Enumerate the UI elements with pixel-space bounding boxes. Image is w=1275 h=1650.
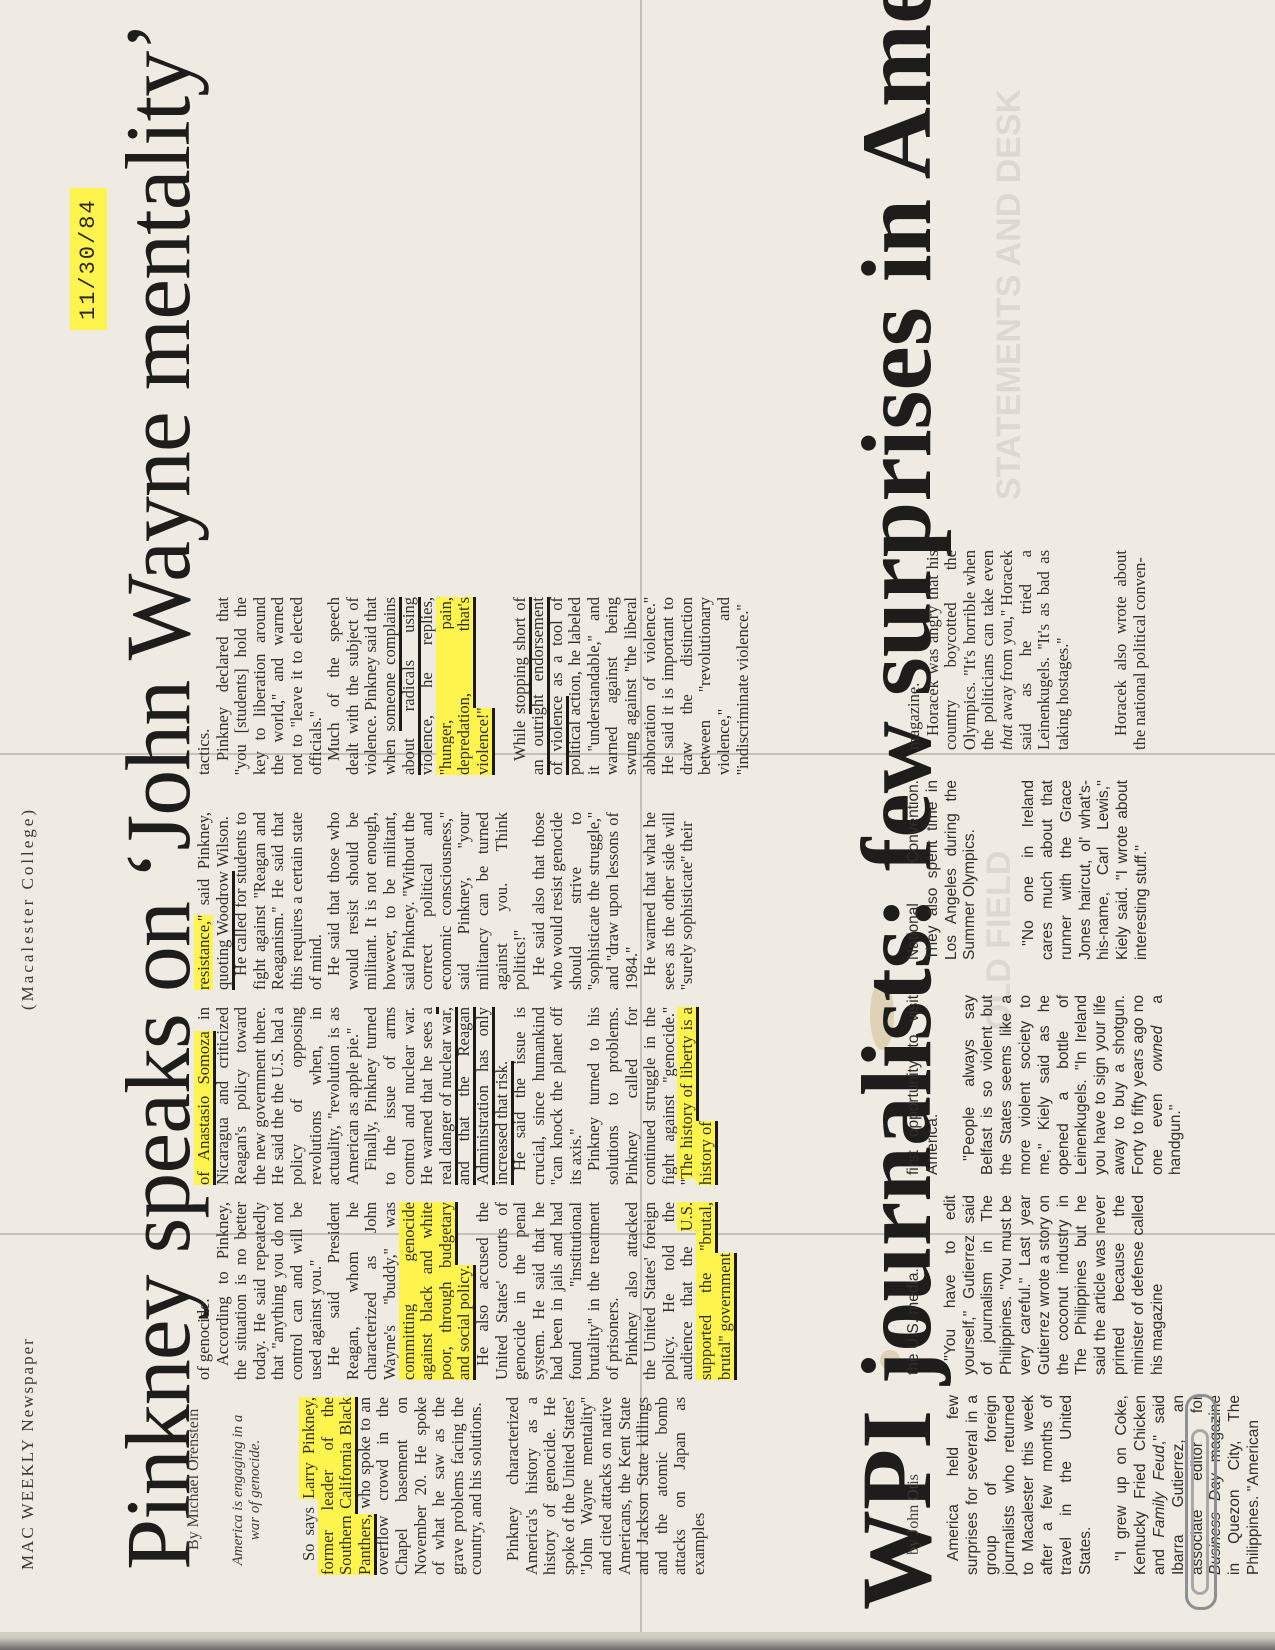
article1-column-4: resistance,'' said Pinkney, quoting Wood…	[195, 812, 697, 990]
article1-column-5: tactics. Pinkney declared that ''you [st…	[195, 597, 752, 775]
underlined-text: a real danger of nuclear war, and that t…	[417, 1007, 513, 1185]
paragraph: tactics.	[195, 597, 214, 775]
highlighted-text: ''hunger, pain, depredation, that's viol…	[436, 597, 495, 775]
paragraph: Finally, Pinkney turned to the issue of …	[362, 1007, 511, 1185]
newspaper-name: MAC WEEKLY Newspaper	[18, 1337, 37, 1570]
paragraph: Pinkney also attacked the United States'…	[623, 1202, 735, 1380]
paragraph: the U.S. media.	[905, 1195, 924, 1375]
bleed-through-text: STATEMENTS AND DESK	[990, 89, 1029, 500]
paragraph: ''People always say Belfast is so violen…	[961, 995, 1187, 1175]
paragraph: Pinkney turned to his solutions to probl…	[585, 1007, 715, 1185]
paragraph: first opportunity to visit America.	[905, 995, 943, 1175]
paragraph: America held few surprises for several i…	[945, 1395, 1095, 1575]
article1-column-2: of genocide. According to Pinkney, the s…	[195, 1202, 734, 1380]
paragraph: He called for students to fight against …	[232, 812, 325, 990]
paragraph: Pinkney characterized America's history …	[504, 1397, 709, 1575]
paragraph: Pinkney declared that ''you [students] h…	[214, 597, 326, 775]
highlighted-text: committing genocide against black and wh…	[399, 1202, 477, 1380]
paragraph: He said also that those who would resist…	[530, 812, 642, 990]
paragraph: He said that those who would resist shou…	[325, 812, 530, 990]
masthead: MAC WEEKLY Newspaper (Macalester College…	[18, 1329, 38, 1570]
article2-column-5: magazine. Horacek was angry that his cou…	[905, 550, 1150, 750]
article2-column-3: first opportunity to visit America. ''Pe…	[905, 995, 1186, 1175]
article1-headline: Pinkney speaks on ‘John Wayne mentality’	[112, 22, 204, 1570]
underlined-text: someone complains about radicals using v…	[380, 597, 439, 775]
paragraph: magazine.	[905, 550, 924, 750]
highlighted-text: resistance,''	[194, 915, 213, 990]
paperclip-inner-loop	[1191, 1429, 1209, 1595]
article2-column-2: the U.S. media. ''You have to edit yours…	[905, 1195, 1167, 1375]
scan-edge-bottom	[0, 1632, 1275, 1650]
underlined-text: stopping short of an outright endorsemen…	[510, 597, 569, 775]
paragraph: While stopping short of an outright endo…	[511, 597, 753, 775]
paragraph: He said President Reagan, whom he charac…	[325, 1202, 474, 1380]
paragraph: Horacek was angry that his country boyco…	[924, 550, 1073, 750]
article2-column-4: National Convention. They also spent tim…	[905, 780, 1152, 960]
date-annotation: 11/30/84	[70, 188, 107, 330]
article1-deck: America is engaging in a war of genocide…	[230, 1405, 264, 1575]
paragraph: of genocide.	[195, 1202, 214, 1380]
highlighted-text: of Anastasio Somoza	[194, 1031, 216, 1185]
article1-byline: By Michael Orenstein	[185, 1409, 203, 1550]
paragraph: Horacek also wrote about the national po…	[1112, 550, 1149, 750]
paragraph: He also accused the United States' court…	[474, 1202, 623, 1380]
paragraph: resistance,'' said Pinkney, quoting Wood…	[195, 812, 232, 990]
paragraph: National Convention. They also spent tim…	[905, 780, 980, 960]
article1-column-1: So says Larry Pinkney, former leader of …	[300, 1397, 708, 1575]
article2-byline: by John Otis	[905, 1474, 923, 1555]
paragraph: He warned that what he sees as the other…	[641, 812, 697, 990]
article1-column-3: of Anastasio Somoza in Nicaragua and cri…	[195, 1007, 716, 1185]
paragraph: He said the issue is crucial, since huma…	[511, 1007, 585, 1185]
highlighted-text: The history of liberty is a history of	[677, 1007, 718, 1185]
newspaper-clipping: STATEMENTS AND DESK OLD FIELD MAC WEEKLY…	[0, 0, 1275, 1650]
paragraph: ''No one in Ireland cares much about tha…	[1020, 780, 1152, 960]
paragraph: Much of the speech dealt with the subjec…	[325, 597, 492, 775]
paragraph: ''You have to edit yourself,'' Gutierrez…	[942, 1195, 1168, 1375]
paragraph: So says Larry Pinkney, former leader of …	[300, 1397, 486, 1575]
college-name: (Macalester College)	[18, 807, 38, 1010]
paragraph: of Anastasio Somoza in Nicaragua and cri…	[195, 1007, 362, 1185]
paragraph: According to Pinkney, the situation is n…	[214, 1202, 326, 1380]
highlighted-text: U.S. supported the ''brutal, brutal'' go…	[677, 1202, 736, 1380]
